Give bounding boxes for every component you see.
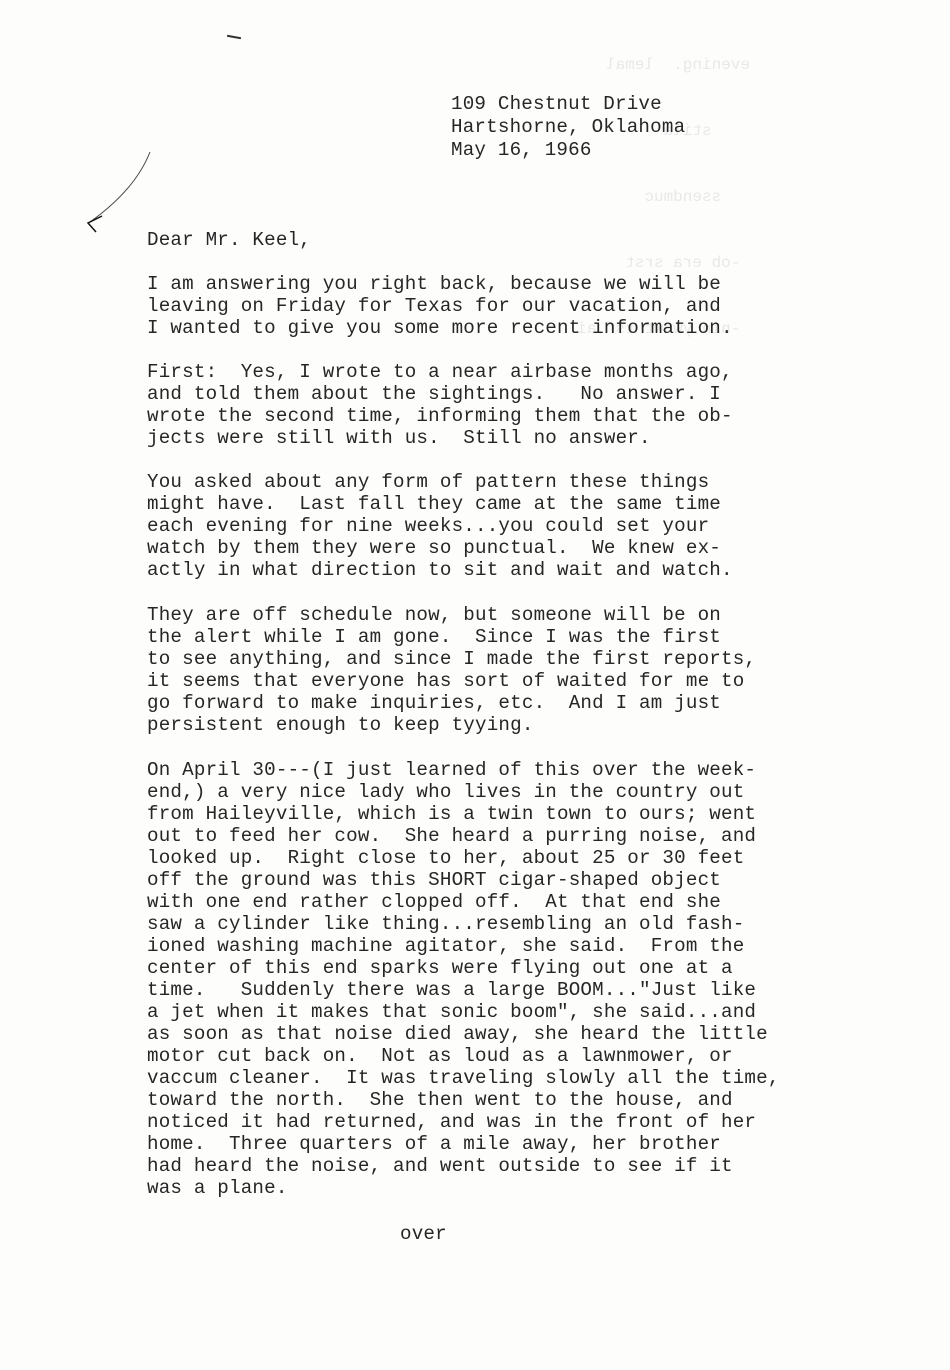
text-line: I wanted to give you some more recent in…	[147, 317, 733, 339]
text-line: leaving on Friday for Texas for our vaca…	[147, 295, 721, 317]
text-line: with one end rather clopped off. At that…	[147, 891, 721, 913]
pen-arrow-mark-icon	[80, 150, 160, 240]
text-line: out to feed her cow. She heard a purring…	[147, 825, 756, 847]
text-line: each evening for nine weeks...you could …	[147, 515, 709, 537]
text-line: as soon as that noise died away, she hea…	[147, 1023, 768, 1045]
letter-date: May 16, 1966	[451, 139, 592, 161]
text-line: and told them about the sightings. No an…	[147, 383, 721, 405]
salutation: Dear Mr. Keel,	[147, 229, 311, 251]
text-line: They are off schedule now, but someone w…	[147, 604, 721, 626]
text-line: jects were still with us. Still no answe…	[147, 427, 651, 449]
letter-page: evening. lemal stila ssendmuc -ob era sr…	[0, 0, 950, 1370]
text-line: On April 30---(I just learned of this ov…	[147, 759, 756, 781]
text-line: was a plane.	[147, 1177, 288, 1199]
text-line: center of this end sparks were flying ou…	[147, 957, 733, 979]
text-line: from Haileyville, which is a twin town t…	[147, 803, 756, 825]
text-line: I am answering you right back, because w…	[147, 273, 721, 295]
address-city: Hartshorne, Oklahoma	[451, 116, 685, 138]
text-line: go forward to make inquiries, etc. And I…	[147, 692, 721, 714]
bleed-line: -ob era srst	[150, 252, 750, 274]
bleed-line: evening. lemal	[150, 54, 750, 76]
text-line: off the ground was this SHORT cigar-shap…	[147, 869, 721, 891]
page-turn-note: over	[400, 1223, 447, 1245]
text-line: end,) a very nice lady who lives in the …	[147, 781, 744, 803]
text-line: persistent enough to keep tyying.	[147, 714, 534, 736]
text-line: had heard the noise, and went outside to…	[147, 1155, 733, 1177]
text-line: home. Three quarters of a mile away, her…	[147, 1133, 721, 1155]
text-line: looked up. Right close to her, about 25 …	[147, 847, 744, 869]
text-line: a jet when it makes that sonic boom", sh…	[147, 1001, 756, 1023]
text-line: saw a cylinder like thing...resembling a…	[147, 913, 744, 935]
text-line: First: Yes, I wrote to a near airbase mo…	[147, 361, 733, 383]
text-line: wrote the second time, informing them th…	[147, 405, 733, 427]
address-street: 109 Chestnut Drive	[451, 93, 662, 115]
text-line: might have. Last fall they came at the s…	[147, 493, 721, 515]
text-line: the alert while I am gone. Since I was t…	[147, 626, 721, 648]
text-line: vaccum cleaner. It was traveling slowly …	[147, 1067, 780, 1089]
bleed-line: ssendmuc	[150, 186, 750, 208]
text-line: it seems that everyone has sort of waite…	[147, 670, 744, 692]
text-line: ioned washing machine agitator, she said…	[147, 935, 744, 957]
text-line: time. Suddenly there was a large BOOM...…	[147, 979, 756, 1001]
text-line: toward the north. She then went to the h…	[147, 1089, 733, 1111]
text-line: noticed it had returned, and was in the …	[147, 1111, 756, 1133]
text-line: to see anything, and since I made the fi…	[147, 648, 756, 670]
text-line: watch by them they were so punctual. We …	[147, 537, 721, 559]
text-line: motor cut back on. Not as loud as a lawn…	[147, 1045, 733, 1067]
text-line: actly in what direction to sit and wait …	[147, 559, 733, 581]
text-line: You asked about any form of pattern thes…	[147, 471, 709, 493]
